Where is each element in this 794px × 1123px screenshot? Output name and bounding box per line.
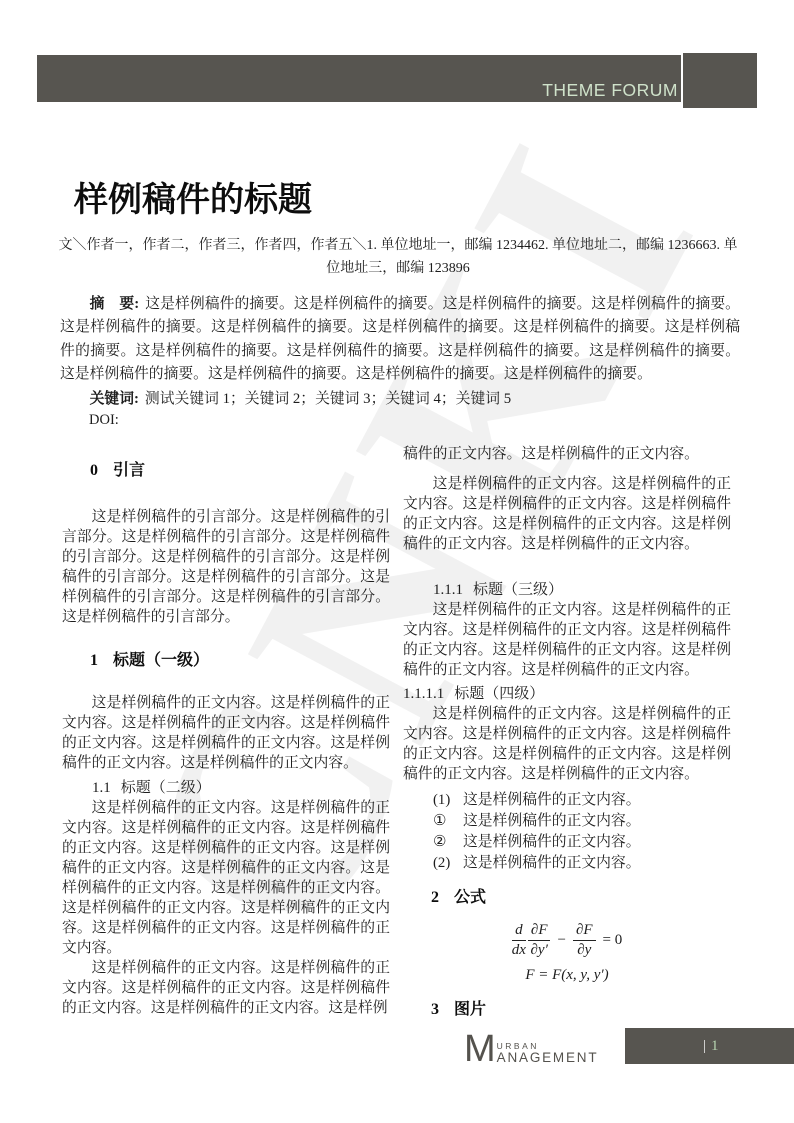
level1-paragraph: 这是样例稿件的正文内容。这是样例稿件的正文内容。这是样例稿件的正文内容。这是样例… [62, 693, 390, 773]
abstract-text: 这是样例稿件的摘要。这是样例稿件的摘要。这是样例稿件的摘要。这是样例稿件的摘要。… [60, 296, 740, 382]
section-number: 1.1.1.1 [403, 686, 444, 702]
header-banner-end-block [683, 53, 757, 108]
section-heading-level3: 1.1.1标题（三级） [403, 580, 731, 600]
list-marker: (1) [433, 790, 463, 811]
section-number: 1.1.1 [433, 582, 463, 598]
level2-paragraph-1: 这是样例稿件的正文内容。这是样例稿件的正文内容。这是样例稿件的正文内容。这是样例… [62, 798, 390, 958]
list-item: (1)这是样例稿件的正文内容。 [403, 790, 731, 811]
section-title: 标题（三级） [473, 582, 563, 598]
section-heading-level4: 1.1.1.1标题（四级） [403, 684, 731, 704]
section-heading-level1: 1标题（一级） [62, 651, 390, 671]
logo-wordmark: URBAN ANAGEMENT [497, 1042, 599, 1064]
abstract-paragraph: 摘 要:这是样例稿件的摘要。这是样例稿件的摘要。这是样例稿件的摘要。这是样例稿件… [60, 293, 740, 387]
equation-euler-lagrange: ddx ∂F∂y′ − ∂F∂y = 0 [403, 922, 731, 959]
section-title: 标题（二级） [121, 780, 211, 796]
left-column: 0引言 这是样例稿件的引言部分。这是样例稿件的引言部分。这是样例稿件的引言部分。… [62, 445, 390, 1018]
level3-paragraph: 这是样例稿件的正文内容。这是样例稿件的正文内容。这是样例稿件的正文内容。这是样例… [403, 600, 731, 680]
section-title: 图片 [454, 1001, 486, 1018]
keywords-label: 关键词: [90, 391, 139, 407]
fraction-denominator: ∂y′ [528, 941, 551, 959]
list-text: 这是样例稿件的正文内容。 [463, 855, 641, 871]
fraction-numerator: ∂F [573, 922, 596, 941]
intro-paragraph: 这是样例稿件的引言部分。这是样例稿件的引言部分。这是样例稿件的引言部分。这是样例… [62, 507, 390, 627]
header-banner: THEME FORUM [37, 55, 681, 102]
list-item: ②这是样例稿件的正文内容。 [403, 832, 731, 853]
fraction-denominator: ∂y [573, 941, 596, 959]
urban-management-logo: M URBAN ANAGEMENT [464, 1035, 598, 1064]
article-title: 样例稿件的标题 [74, 172, 312, 221]
list-text: 这是样例稿件的正文内容。 [463, 834, 641, 850]
list-item: (2)这是样例稿件的正文内容。 [403, 853, 731, 874]
minus-operator: − [557, 932, 565, 949]
section-title: 标题（一级） [113, 652, 209, 669]
fraction-dF-dyprime: ∂F∂y′ [528, 922, 551, 959]
level2-paragraph-2-right-part: 稿件的正文内容。这是样例稿件的正文内容。 [403, 444, 731, 464]
fraction-denominator: dx [512, 941, 526, 959]
keywords-line: 关键词:测试关键词 1；关键词 2；关键词 3；关键词 4；关键词 5 [60, 387, 740, 408]
list-marker: ① [433, 811, 463, 832]
logo-initial-m: M [464, 1035, 496, 1064]
level2-paragraph-3: 这是样例稿件的正文内容。这是样例稿件的正文内容。这是样例稿件的正文内容。这是样例… [403, 474, 731, 554]
equation-f-definition: F = F(x, y, y′) [403, 967, 731, 984]
doi-line: DOI: [60, 412, 740, 429]
section-number: 2 [431, 889, 439, 906]
section-number: 1 [90, 652, 98, 669]
section-heading-level2: 1.1标题（二级） [62, 778, 390, 798]
numbered-list: (1)这是样例稿件的正文内容。 ①这是样例稿件的正文内容。 ②这是样例稿件的正文… [403, 790, 731, 874]
level4-paragraph: 这是样例稿件的正文内容。这是样例稿件的正文内容。这是样例稿件的正文内容。这是样例… [403, 704, 731, 784]
abstract-label: 摘 要: [90, 296, 140, 312]
equation-rhs: = 0 [603, 932, 623, 949]
fraction-numerator: d [512, 922, 526, 941]
fraction-dF-dy: ∂F∂y [573, 922, 596, 959]
page-number-box: | 1 [625, 1028, 794, 1064]
document-page: CNKI THEME FORUM 样例稿件的标题 文＼作者一，作者二，作者三，作… [0, 0, 794, 1123]
page-number-separator: | [703, 1038, 706, 1055]
list-text: 这是样例稿件的正文内容。 [463, 792, 641, 808]
section-number: 0 [90, 462, 98, 479]
section-heading-formula: 2公式 [403, 888, 731, 908]
list-item: ①这是样例稿件的正文内容。 [403, 811, 731, 832]
fraction-d-dx: ddx [512, 922, 526, 959]
section-heading-figure: 3图片 [403, 1000, 731, 1020]
section-title: 引言 [113, 462, 145, 479]
fraction-numerator: ∂F [528, 922, 551, 941]
page-number: 1 [711, 1038, 719, 1055]
right-column: 稿件的正文内容。这是样例稿件的正文内容。 这是样例稿件的正文内容。这是样例稿件的… [403, 444, 731, 1020]
logo-word-anagement: ANAGEMENT [497, 1051, 599, 1064]
section-heading-intro: 0引言 [62, 461, 390, 481]
section-title: 公式 [454, 889, 486, 906]
list-marker: ② [433, 832, 463, 853]
keywords-text: 测试关键词 1；关键词 2；关键词 3；关键词 4；关键词 5 [145, 391, 511, 407]
page-content: THEME FORUM 样例稿件的标题 文＼作者一，作者二，作者三，作者四，作者… [0, 0, 794, 1123]
list-text: 这是样例稿件的正文内容。 [463, 813, 641, 829]
level2-paragraph-2-left-part: 这是样例稿件的正文内容。这是样例稿件的正文内容。这是样例稿件的正文内容。这是样例… [62, 958, 390, 1018]
formula-block: ddx ∂F∂y′ − ∂F∂y = 0 F = F(x, y, y′) [403, 922, 731, 984]
theme-forum-label: THEME FORUM [542, 80, 678, 101]
section-number: 1.1 [92, 780, 111, 796]
section-title: 标题（四级） [454, 686, 544, 702]
list-marker: (2) [433, 853, 463, 874]
author-affiliation-line: 文＼作者一，作者二，作者三，作者四，作者五＼1. 单位地址一，邮编 123446… [56, 234, 740, 280]
section-number: 3 [431, 1001, 439, 1018]
